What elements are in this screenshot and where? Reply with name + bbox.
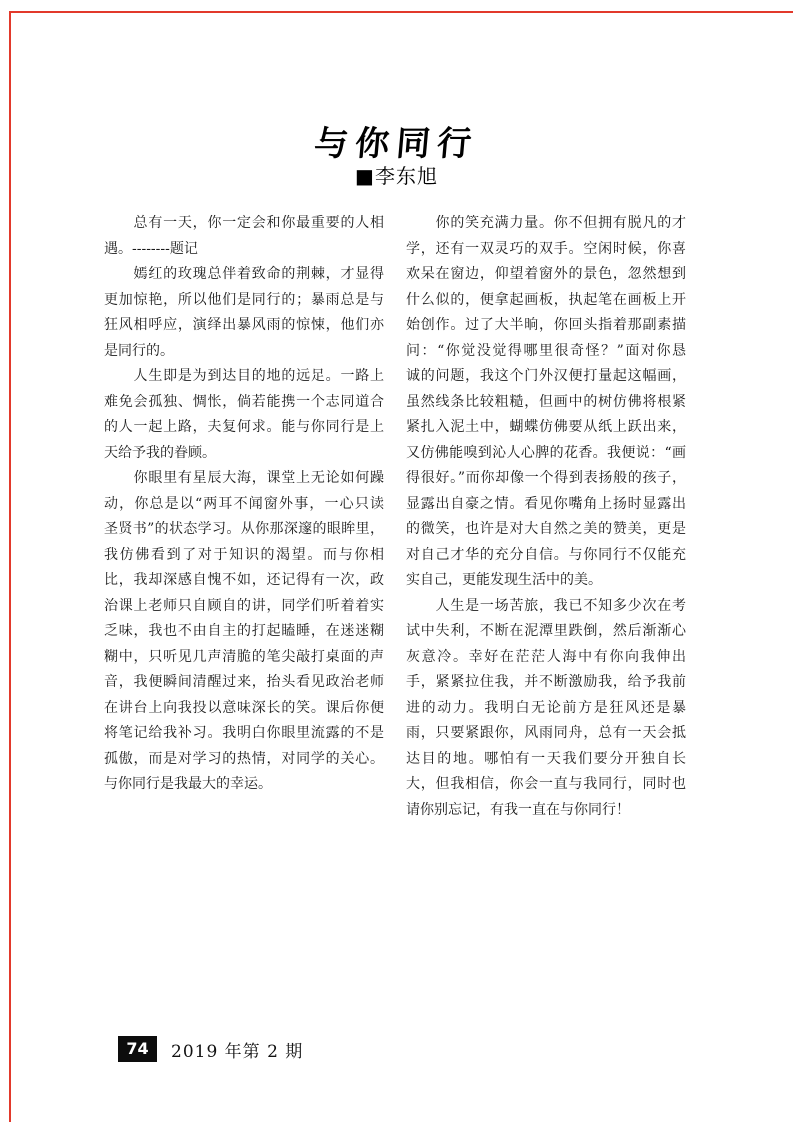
magazine-page: 与你同行 ■李东旭 总有一天，你一定会和你最重要的人相遇。--------题记 … bbox=[0, 0, 793, 1122]
text-line: 人生是一场苦旅，我已不知多少次在考 bbox=[406, 594, 686, 620]
text-line: 雨，只要紧跟你，风雨同舟，总有一天会抵 bbox=[406, 721, 686, 747]
text-line: 欢呆在窗边，仰望着窗外的景色，忽然想到 bbox=[406, 262, 686, 288]
text-line: 实自己，更能发现生活中的美。 bbox=[406, 568, 686, 594]
text-line: 乏味，我也不由自主的打起瞌睡，在迷迷糊 bbox=[104, 619, 384, 645]
text-line: 诚的问题，我这个门外汉便打量起这幅画， bbox=[406, 364, 686, 390]
text-line: 进的动力。我明白无论前方是狂风还是暴 bbox=[406, 696, 686, 722]
text-line: 手，紧紧拉住我，并不断激励我，给予我前 bbox=[406, 670, 686, 696]
text-line: 嫣红的玫瑰总伴着致命的荆棘，才显得 bbox=[104, 262, 384, 288]
text-line: 始创作。过了大半晌，你回头指着那副素描 bbox=[406, 313, 686, 339]
text-line: 比，我却深感自愧不如，还记得有一次，政 bbox=[104, 568, 384, 594]
text-line: 更加惊艳，所以他们是同行的；暴雨总是与 bbox=[104, 288, 384, 314]
text-line: 请你别忘记，有我一直在与你同行！ bbox=[406, 798, 686, 824]
text-line: 灰意冷。幸好在茫茫人海中有你向我伸出 bbox=[406, 645, 686, 671]
text-line: 你眼里有星辰大海，课堂上无论如何躁 bbox=[104, 466, 384, 492]
text-line: 天给予我的眷顾。 bbox=[104, 441, 384, 467]
text-line: 狂风相呼应，演绎出暴风雨的惊悚，他们亦 bbox=[104, 313, 384, 339]
text-line: 显露出自豪之情。看见你嘴角上扬时显露出 bbox=[406, 492, 686, 518]
text-line: 与你同行是我最大的幸运。 bbox=[104, 772, 384, 798]
text-line: 遇。--------题记 bbox=[104, 237, 384, 263]
text-line: 学，还有一双灵巧的双手。空闲时候，你喜 bbox=[406, 237, 686, 263]
text-line: 人生即是为到达目的地的远足。一路上 bbox=[104, 364, 384, 390]
text-line: 在讲台上向我投以意味深长的笑。课后你便 bbox=[104, 696, 384, 722]
page-number-badge: 74 bbox=[118, 1036, 157, 1062]
text-line: 又仿佛能嗅到沁人心脾的花香。我便说：“画 bbox=[406, 441, 686, 467]
text-line: 总有一天，你一定会和你最重要的人相 bbox=[104, 211, 384, 237]
text-line: 的微笑，也许是对大自然之美的赞美，更是 bbox=[406, 517, 686, 543]
text-column-right: 你的笑充满力量。你不但拥有脱凡的才学，还有一双灵巧的双手。空闲时候，你喜欢呆在窗… bbox=[406, 211, 686, 823]
issue-label: 2019 年第 2 期 bbox=[171, 1037, 303, 1062]
text-line: 圣贤书”的状态学习。从你那深邃的眼眸里， bbox=[104, 517, 384, 543]
text-column-left: 总有一天，你一定会和你最重要的人相遇。--------题记 嫣红的玫瑰总伴着致命… bbox=[104, 211, 384, 798]
article-author: ■李东旭 bbox=[0, 160, 793, 189]
text-line: 的人一起上路，夫复何求。能与你同行是上 bbox=[104, 415, 384, 441]
text-line: 得很好。”而你却像一个得到表扬般的孩子， bbox=[406, 466, 686, 492]
text-line: 音，我便瞬间清醒过来，抬头看见政治老师 bbox=[104, 670, 384, 696]
text-line: 对自己才华的充分自信。与你同行不仅能充 bbox=[406, 543, 686, 569]
text-line: 你的笑充满力量。你不但拥有脱凡的才 bbox=[406, 211, 686, 237]
text-line: 孤傲，而是对学习的热情，对同学的关心。 bbox=[104, 747, 384, 773]
page-footer: 74 2019 年第 2 期 bbox=[118, 1036, 303, 1062]
text-line: 什么似的，便拿起画板，执起笔在画板上开 bbox=[406, 288, 686, 314]
article-title: 与你同行 bbox=[0, 116, 793, 165]
text-line: 问：“你觉没觉得哪里很奇怪？”面对你恳 bbox=[406, 339, 686, 365]
text-line: 我仿佛看到了对于知识的渴望。而与你相 bbox=[104, 543, 384, 569]
text-line: 糊中，只听见几声清脆的笔尖敲打桌面的声 bbox=[104, 645, 384, 671]
text-line: 将笔记给我补习。我明白你眼里流露的不是 bbox=[104, 721, 384, 747]
text-line: 治课上老师只自顾自的讲，同学们听着着实 bbox=[104, 594, 384, 620]
text-line: 是同行的。 bbox=[104, 339, 384, 365]
page-edge-top-rule bbox=[10, 11, 793, 13]
text-line: 虽然线条比较粗糙，但画中的树仿佛将根紧 bbox=[406, 390, 686, 416]
text-line: 大，但我相信，你会一直与我同行，同时也 bbox=[406, 772, 686, 798]
text-line: 试中失利，不断在泥潭里跌倒，然后渐渐心 bbox=[406, 619, 686, 645]
text-line: 达目的地。哪怕有一天我们要分开独自长 bbox=[406, 747, 686, 773]
text-line: 难免会孤独、惆怅，倘若能携一个志同道合 bbox=[104, 390, 384, 416]
text-line: 动，你总是以“两耳不闻窗外事，一心只读 bbox=[104, 492, 384, 518]
text-line: 紧扎入泥土中，蝴蝶仿佛要从纸上跃出来， bbox=[406, 415, 686, 441]
